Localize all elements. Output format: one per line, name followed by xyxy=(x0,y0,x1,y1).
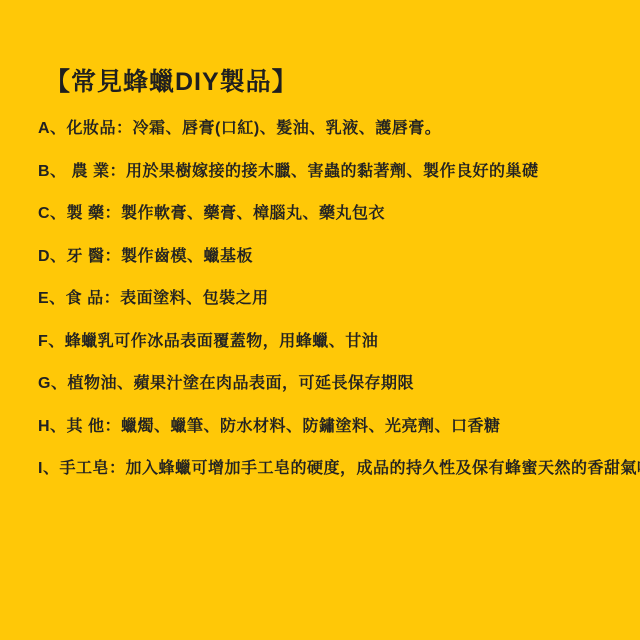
list-item-h: H、其 他：蠟燭、蠟筆、防水材料、防鏽塗料、光亮劑、口香糖 xyxy=(38,406,630,449)
list-item-a: A、化妝品：冷霜、唇膏(口紅)、髮油、乳液、護唇膏。 xyxy=(38,108,630,151)
slide-background: 【常見蜂蠟DIY製品】 A、化妝品：冷霜、唇膏(口紅)、髮油、乳液、護唇膏。 B… xyxy=(0,0,640,640)
page-title: 【常見蜂蠟DIY製品】 xyxy=(45,62,298,98)
list-item-g: G、植物油、蘋果汁塗在肉品表面，可延長保存期限 xyxy=(38,363,630,406)
list-item-b: B、 農 業：用於果樹嫁接的接木臘、害蟲的黏著劑、製作良好的巢礎 xyxy=(38,151,630,194)
list-item-d: D、牙 醫：製作齒模、蠟基板 xyxy=(38,236,630,279)
list-item-c: C、製 藥：製作軟膏、藥膏、樟腦丸、藥丸包衣 xyxy=(38,193,630,236)
list-item-i: I、手工皂：加入蜂蠟可增加手工皂的硬度，成品的持久性及保有蜂蜜天然的香甜氣味 xyxy=(38,448,630,491)
list-item-f: F、蜂蠟乳可作冰品表面覆蓋物，用蜂蠟、甘油 xyxy=(38,321,630,364)
product-list: A、化妝品：冷霜、唇膏(口紅)、髮油、乳液、護唇膏。 B、 農 業：用於果樹嫁接… xyxy=(38,108,630,491)
list-item-e: E、食 品：表面塗料、包裝之用 xyxy=(38,278,630,321)
